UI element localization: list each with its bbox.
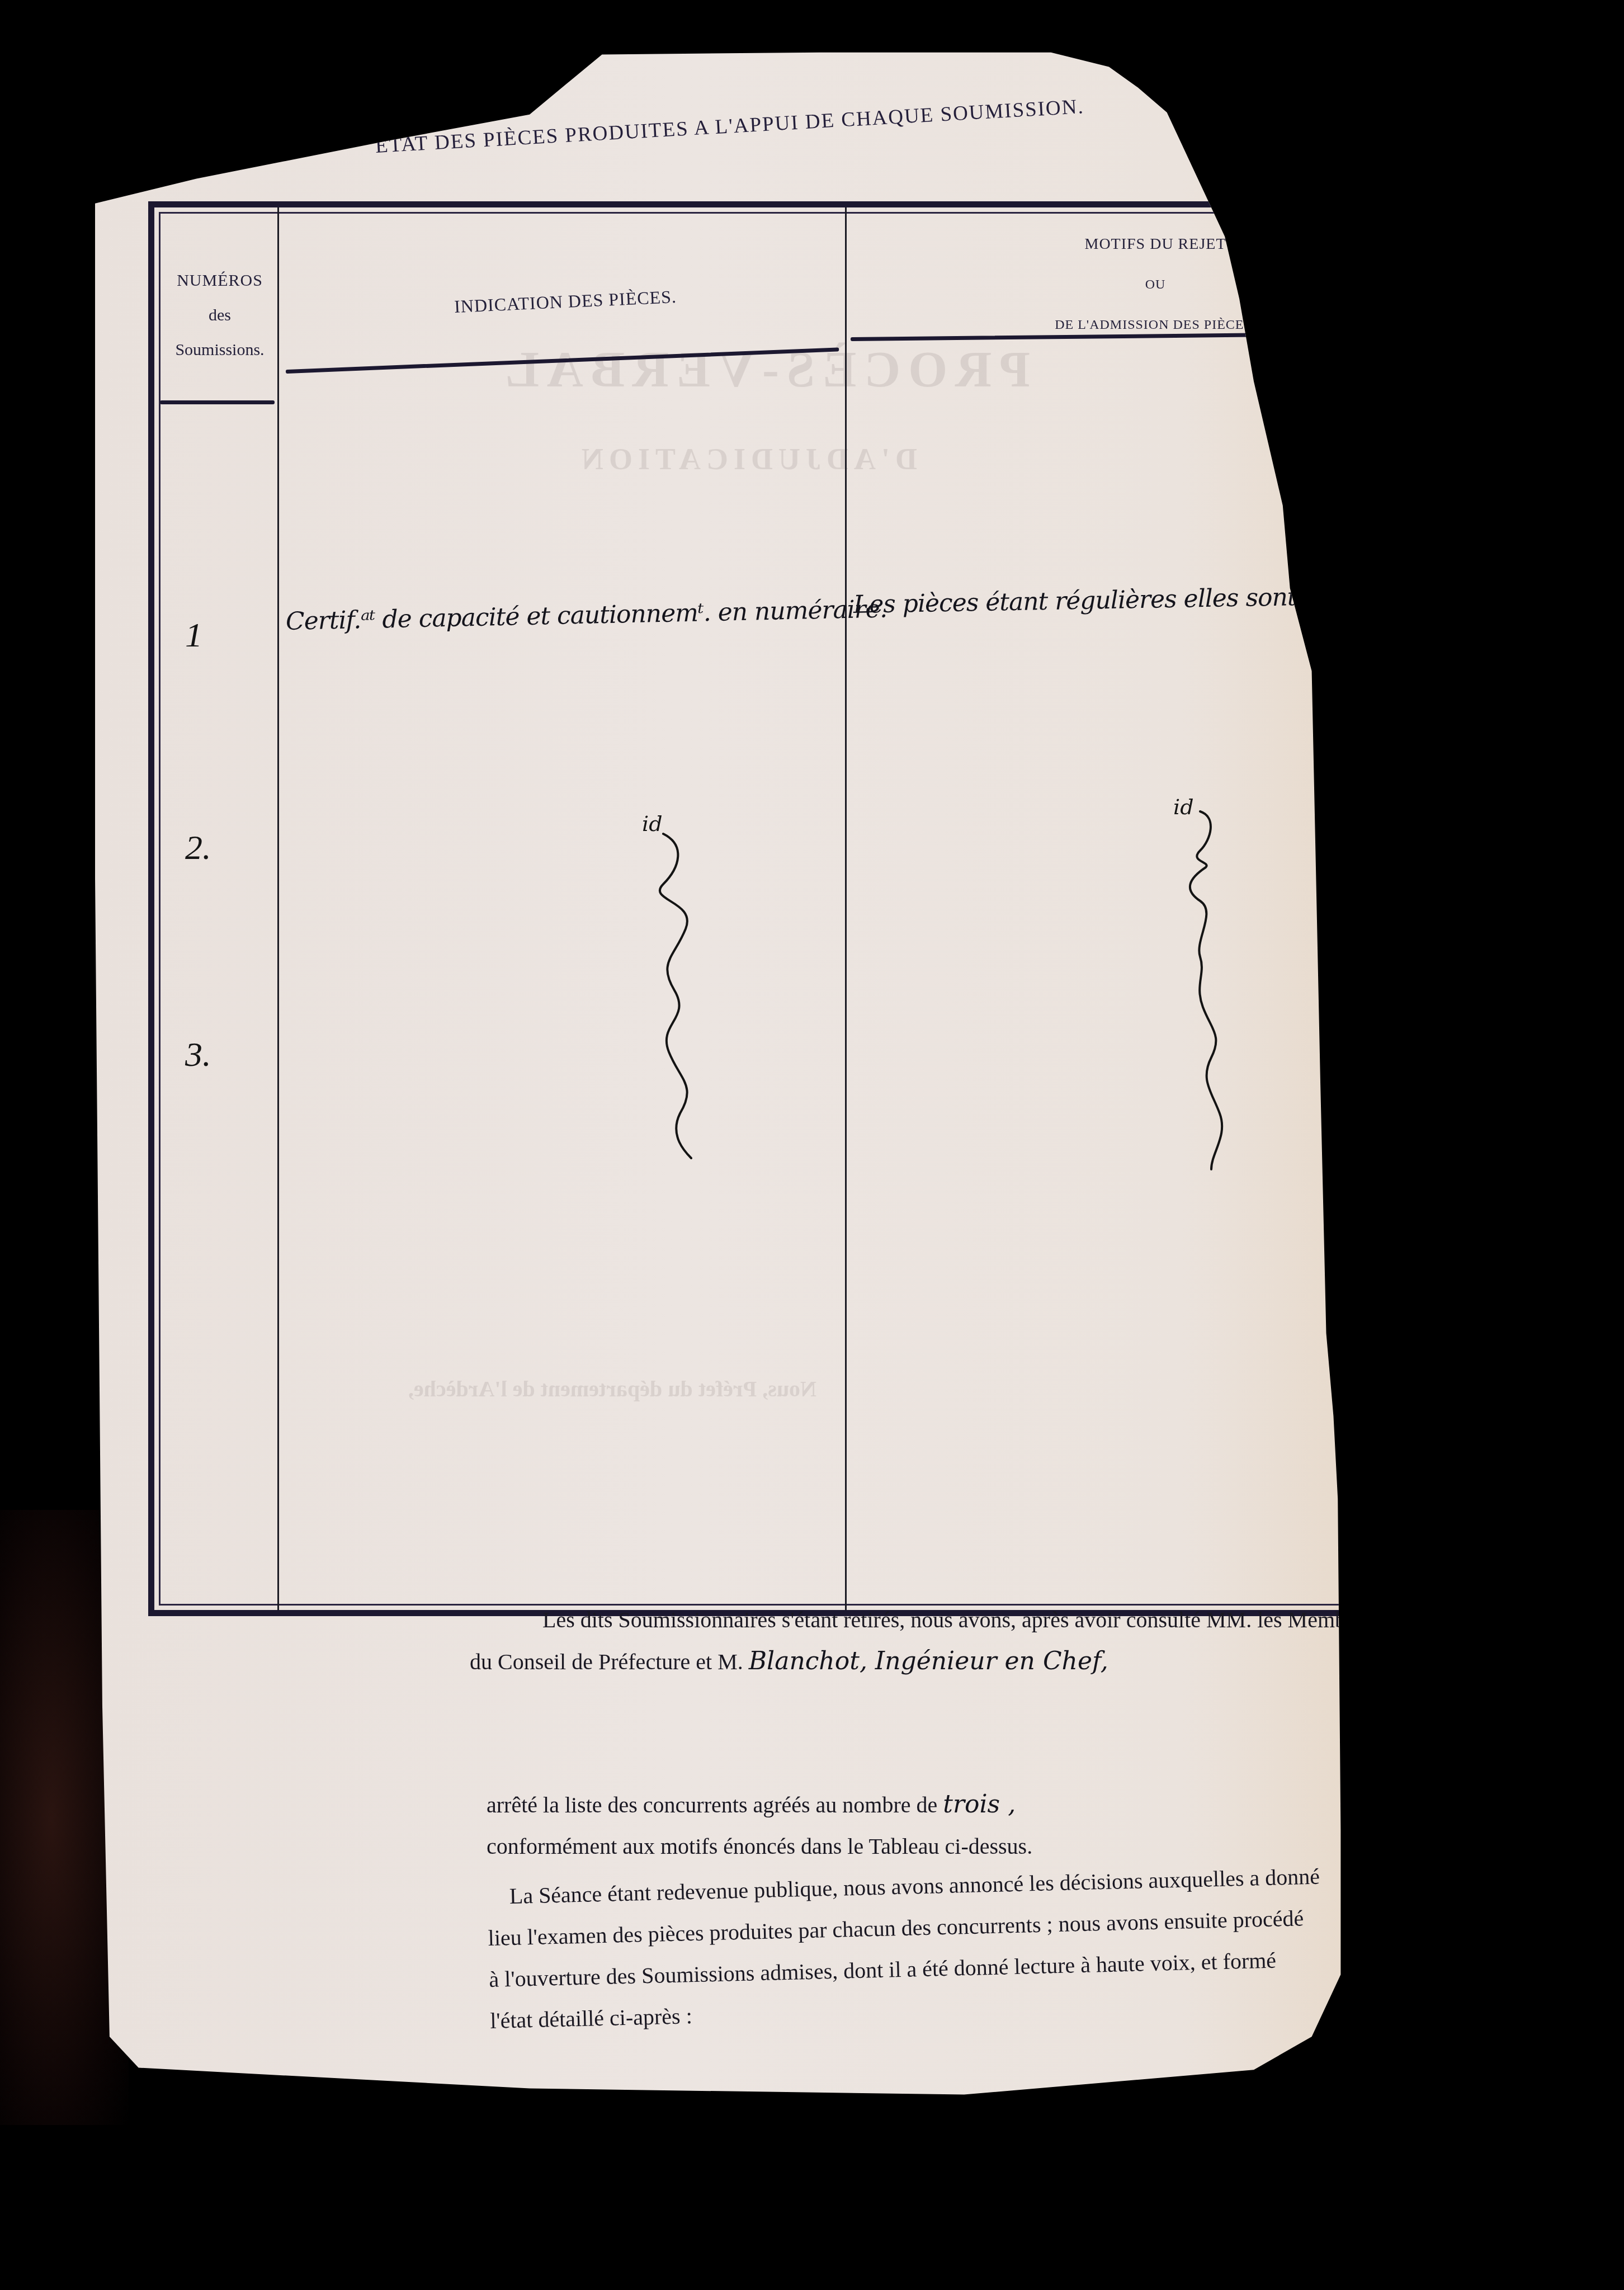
document-page: PROCÈS-VERBAL D'ADJUDICATION Nous, Préfe… — [95, 50, 1543, 2119]
header-rule — [160, 400, 275, 404]
paragraph-consultation: Les dits Soumissionnaires s'étant retiré… — [487, 1599, 1448, 1683]
handwritten-count: trois , — [943, 1790, 1016, 1819]
piece-indication: Certif.ᵃᵗ de capacité et cautionnemᵗ. en… — [285, 594, 887, 636]
header-indication: INDICATION DES PIÈCES. — [289, 279, 843, 325]
header-rule — [286, 347, 839, 374]
header-motifs: MOTIFS DU REJET OU DE L'ADMISSION DES PI… — [851, 224, 1460, 345]
printed-text: arrêté la liste des concurrents agréés a… — [487, 1792, 937, 1817]
ditto-label: id — [1173, 795, 1193, 819]
ditto-squiggle-icon: id — [646, 817, 736, 1164]
ditto-label: id — [642, 811, 662, 836]
handwritten-engineer-name: Blanchot, Ingénieur en Chef, — [749, 1647, 1108, 1675]
header-numeros-line3: Soumissions. — [167, 333, 273, 367]
paragraph-public-session: La Séance étant redevenue publique, nous… — [487, 1853, 1452, 2042]
submissions-table: NUMÉROS des Soumissions. INDICATION DES … — [148, 201, 1479, 1616]
submission-number: 2. — [185, 828, 211, 868]
header-motifs-line2: OU — [851, 265, 1460, 305]
submission-number: 3. — [185, 1035, 211, 1075]
header-numeros: NUMÉROS des Soumissions. — [167, 263, 273, 367]
column-divider — [277, 207, 279, 1610]
page-title: ÉTAT DES PIÈCES PRODUITES A L'APPUI DE C… — [375, 81, 1325, 158]
column-divider — [845, 207, 847, 1610]
prose-line: du Conseil de Préfecture et M. Blanchot,… — [470, 1641, 1448, 1683]
header-numeros-line2: des — [167, 298, 273, 333]
header-motifs-line1: MOTIFS DU REJET — [851, 224, 1460, 265]
header-numeros-line1: NUMÉROS — [167, 263, 273, 298]
paragraph-list-agreed: arrêté la liste des concurrents agréés a… — [487, 1784, 1448, 1867]
prose-line: arrêté la liste des concurrents agréés a… — [487, 1784, 1448, 1826]
ditto-squiggle-icon: id — [1178, 800, 1267, 1175]
submission-number: 1 — [185, 616, 202, 655]
wavy-line-icon — [646, 817, 736, 1164]
header-motifs-line3: DE L'ADMISSION DES PIÈCES. — [851, 305, 1460, 345]
motif-text: Les pièces étant régulières elles sont a… — [853, 581, 1409, 619]
printed-text: du Conseil de Préfecture et M. — [470, 1649, 743, 1674]
prose-line: Les dits Soumissionnaires s'étant retiré… — [487, 1599, 1448, 1641]
wavy-line-icon — [1178, 800, 1267, 1175]
